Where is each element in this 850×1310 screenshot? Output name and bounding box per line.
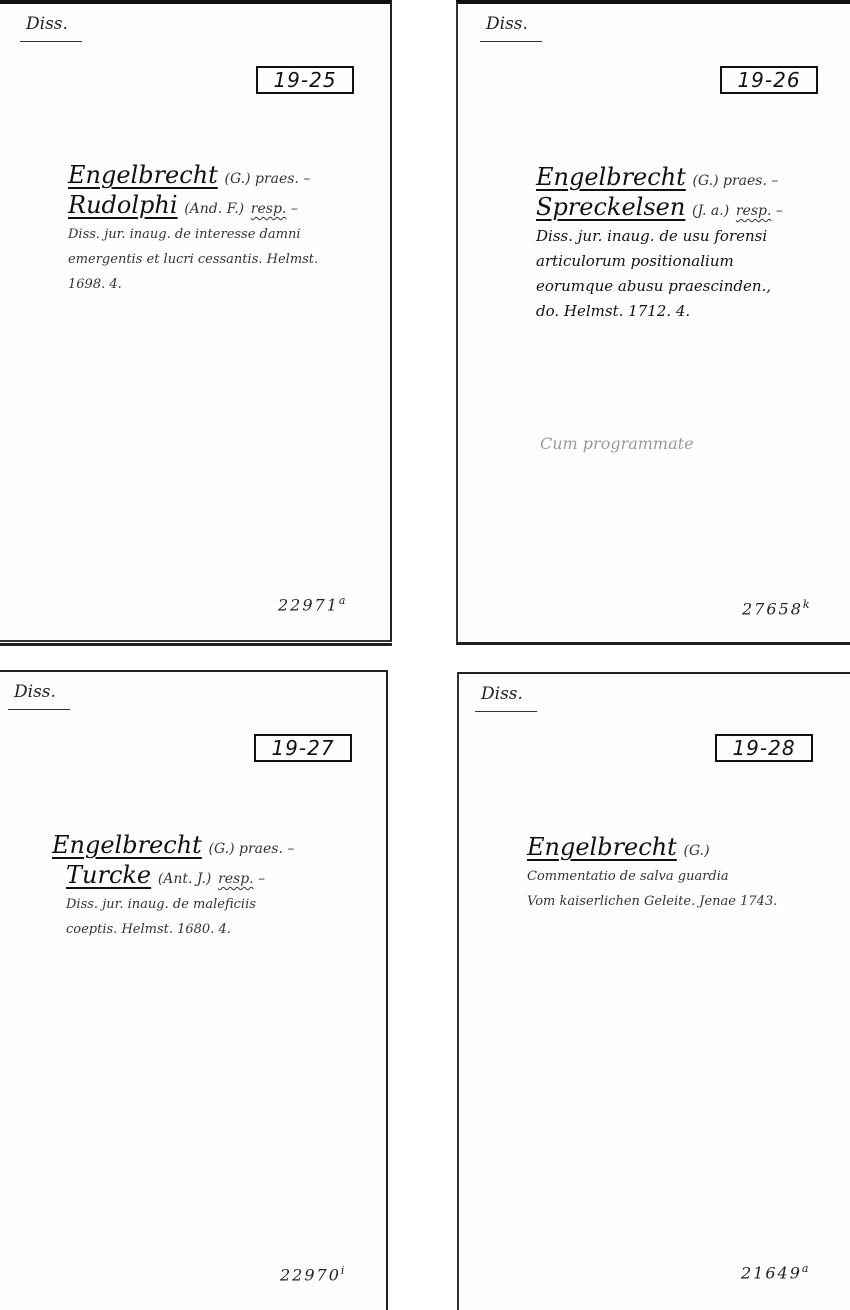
catalog-card: Diss. 19-28 Engelbrecht (G.) Commentatio…: [457, 672, 850, 1310]
title-line: eorumque abusu praescinden.,: [536, 274, 783, 299]
accession-value: 21649: [741, 1263, 802, 1282]
catalog-entry: Engelbrecht (G.) praes. – Rudolphi (And.…: [68, 162, 318, 297]
title-line: Diss. jur. inaug. de interesse damni: [68, 222, 318, 247]
accession-number: 21649a: [741, 1262, 808, 1282]
author-name: Engelbrecht: [527, 833, 677, 861]
accession-number: 22971a: [278, 594, 345, 614]
author-line: Engelbrecht (G.) praes. –: [52, 832, 294, 862]
category-label: Diss.: [14, 682, 56, 702]
accession-suffix: a: [802, 1262, 809, 1275]
call-number-box: 19-25: [256, 66, 354, 94]
author-initials: (G.) praes. –: [225, 171, 311, 187]
title-line: Diss. jur. inaug. de maleficiis: [52, 892, 294, 917]
card-edge-shadow: [0, 643, 392, 646]
title-line: do. Helmst. 1712. 4.: [536, 299, 783, 324]
author-initials: (G.) praes. –: [209, 841, 295, 857]
catalog-entry: Engelbrecht (G.) Commentatio de salva gu…: [527, 834, 777, 914]
title-line: Vom kaiserlichen Geleite. Jenae 1743.: [527, 889, 777, 914]
annotation-note: Cum programmate: [540, 434, 694, 453]
catalog-card: Diss. 19-26 Engelbrecht (G.) praes. – Sp…: [456, 0, 850, 645]
title-line: emergentis et lucri cessantis. Helmst.: [68, 247, 318, 272]
category-label: Diss.: [486, 14, 528, 34]
resp-dash: –: [771, 203, 782, 219]
title-line: Diss. jur. inaug. de usu forensi: [536, 224, 783, 249]
resp-dash: –: [254, 871, 265, 887]
author-name: Engelbrecht: [68, 161, 218, 189]
catalog-entry: Engelbrecht (G.) praes. – Spreckelsen (J…: [536, 164, 783, 324]
call-number-box: 19-27: [254, 734, 352, 762]
catalog-card: Diss. 19-27 Engelbrecht (G.) praes. – Tu…: [0, 670, 388, 1310]
author-name: Engelbrecht: [536, 163, 686, 191]
title-line: 1698. 4.: [68, 272, 318, 297]
author-initials: (G.): [684, 843, 710, 859]
catalog-card: Diss. 19-25 Engelbrecht (G.) praes. – Ru…: [0, 0, 392, 642]
accession-number: 22970i: [280, 1264, 344, 1284]
respondent-name: Spreckelsen: [536, 193, 685, 221]
author-line: Engelbrecht (G.) praes. –: [68, 162, 318, 192]
resp-label: resp.: [251, 201, 287, 217]
call-number-box: 19-26: [720, 66, 818, 94]
author-line: Engelbrecht (G.) praes. –: [536, 164, 783, 194]
accession-value: 22971: [278, 595, 339, 614]
accession-suffix: a: [339, 594, 346, 607]
respondent-name: Rudolphi: [68, 191, 178, 219]
respondent-initials: (And. F.): [184, 201, 244, 217]
resp-label: resp.: [218, 871, 254, 887]
resp-dash: –: [286, 201, 297, 217]
category-label: Diss.: [26, 14, 68, 34]
respondent-line: Rudolphi (And. F.) resp. –: [68, 192, 318, 222]
catalog-entry: Engelbrecht (G.) praes. – Turcke (Ant. J…: [52, 832, 294, 942]
title-line: Commentatio de salva guardia: [527, 864, 777, 889]
resp-label: resp.: [736, 203, 772, 219]
author-line: Engelbrecht (G.): [527, 834, 777, 864]
respondent-initials: (Ant. J.): [158, 871, 212, 887]
call-number-box: 19-28: [715, 734, 813, 762]
respondent-line: Spreckelsen (J. a.) resp. –: [536, 194, 783, 224]
respondent-name: Turcke: [66, 861, 151, 889]
respondent-initials: (J. a.): [692, 203, 729, 219]
accession-number: 27658k: [742, 598, 810, 618]
accession-value: 27658: [742, 599, 803, 618]
category-label: Diss.: [481, 684, 523, 704]
accession-value: 22970: [280, 1265, 341, 1284]
author-name: Engelbrecht: [52, 831, 202, 859]
accession-suffix: k: [803, 598, 810, 611]
respondent-line: Turcke (Ant. J.) resp. –: [52, 862, 294, 892]
title-line: articulorum positionalium: [536, 249, 783, 274]
accession-suffix: i: [341, 1264, 345, 1277]
author-initials: (G.) praes. –: [693, 173, 779, 189]
title-line: coeptis. Helmst. 1680. 4.: [52, 917, 294, 942]
